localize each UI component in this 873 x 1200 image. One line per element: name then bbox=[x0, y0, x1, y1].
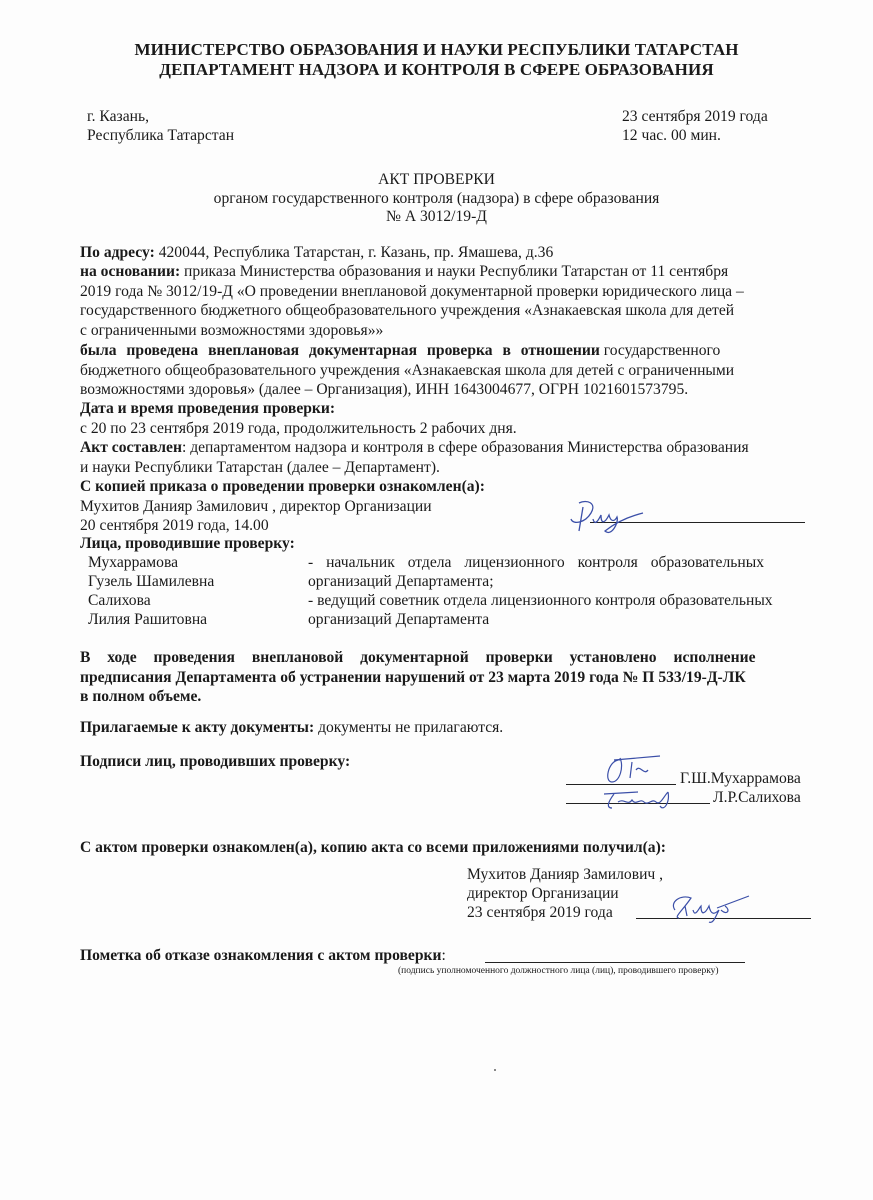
inspectors-block: Лица, проводившие проверку: bbox=[80, 534, 810, 554]
inspector2-signature-icon bbox=[598, 784, 693, 814]
inspector-position: организаций Департамента; bbox=[308, 572, 494, 591]
department-title: ДЕПАРТАМЕНТ НАДЗОРА И КОНТРОЛЯ В СФЕРЕ О… bbox=[0, 60, 873, 80]
inspection-label: была проведена внеплановая документарная… bbox=[80, 342, 600, 359]
copy-date: 20 сентября 2019 года, 14.00 bbox=[80, 516, 810, 536]
ack-person: Мухитов Данияр Замилович , bbox=[467, 865, 663, 884]
basis-line: с ограниченными возможностями здоровья»» bbox=[80, 321, 810, 341]
inspection-line: государственного bbox=[600, 342, 721, 359]
refusal-colon: : bbox=[442, 947, 446, 964]
refusal-signature-line bbox=[485, 962, 745, 963]
inspector-name: Гузель Шамилевна bbox=[88, 572, 214, 591]
refusal-label: Пометка об отказе ознакомления с актом п… bbox=[80, 947, 442, 964]
copy-person: Мухитов Данияр Замилович , директор Орга… bbox=[80, 497, 810, 517]
basis-line: 2019 года № 3012/19-Д «О проведении внеп… bbox=[80, 282, 810, 302]
inspector-position: организаций Департамента bbox=[308, 610, 489, 629]
copy-label: С копией приказа о проведении проверки о… bbox=[80, 477, 810, 497]
ack-position: директор Организации bbox=[467, 884, 619, 903]
document-page: МИНИСТЕРСТВО ОБРАЗОВАНИЯ И НАУКИ РЕСПУБЛ… bbox=[0, 0, 873, 1200]
basis-line: государственного бюджетного общеобразова… bbox=[80, 301, 810, 321]
inspector-surname: Мухаррамова bbox=[88, 553, 178, 572]
act-compiled-block: Акт составлен: департаментом надзора и к… bbox=[80, 438, 810, 477]
director-signature-icon bbox=[665, 888, 755, 928]
date-value: с 20 по 23 сентября 2019 года, продолжит… bbox=[80, 419, 810, 439]
attachments-value: документы не прилагаются. bbox=[314, 719, 503, 736]
inspector-name: Лилия Рашитовна bbox=[88, 610, 207, 629]
address-value: 420044, Республика Татарстан, г. Казань,… bbox=[155, 244, 553, 261]
act-line: и науки Республики Татарстан (далее – Де… bbox=[80, 458, 810, 478]
act-title: АКТ ПРОВЕРКИ bbox=[0, 170, 873, 189]
address-label: По адресу: bbox=[80, 244, 155, 261]
inspector1-signature-icon bbox=[600, 752, 680, 788]
inspector-position: - начальник отдела лицензионного контрол… bbox=[308, 553, 810, 572]
inspector-position: - ведущий советник отдела лицензионного … bbox=[308, 591, 773, 610]
finding-line: В ходе проведения внеплановой документар… bbox=[80, 648, 810, 668]
signer-name: Г.Ш.Мухаррамова bbox=[680, 769, 801, 788]
attachments-block: Прилагаемые к акту документы: документы … bbox=[80, 718, 810, 738]
inspection-block: была проведена внеплановая документарная… bbox=[80, 341, 810, 400]
attachments-label: Прилагаемые к акту документы: bbox=[80, 719, 314, 736]
act-label: Акт составлен bbox=[80, 439, 182, 456]
copy-block: С копией приказа о проведении проверки о… bbox=[80, 477, 810, 536]
scan-speck bbox=[494, 1069, 496, 1071]
finding-line: предписания Департамента об устранении н… bbox=[80, 668, 810, 688]
date-label: Дата и время проведения проверки: bbox=[80, 399, 810, 419]
ack-date: 23 сентября 2019 года bbox=[467, 903, 613, 922]
ministry-title: МИНИСТЕРСТВО ОБРАЗОВАНИЯ И НАУКИ РЕСПУБЛ… bbox=[0, 40, 873, 60]
inspection-line: возможностями здоровья» (далее – Организ… bbox=[80, 380, 810, 400]
inspector-surname: Салихова bbox=[88, 591, 151, 610]
acknowledged-label: С актом проверки ознакомлен(а), копию ак… bbox=[80, 838, 810, 858]
basis-line: приказа Министерства образования и науки… bbox=[180, 263, 728, 280]
finding-line: в полном объеме. bbox=[80, 687, 810, 707]
basis-label: на основании: bbox=[80, 263, 180, 280]
date-block: Дата и время проведения проверки: с 20 п… bbox=[80, 399, 810, 438]
refusal-block: Пометка об отказе ознакомления с актом п… bbox=[80, 946, 446, 965]
inspectors-label: Лица, проводившие проверку: bbox=[80, 534, 810, 554]
signer-name: Л.Р.Салихова bbox=[713, 788, 801, 807]
refusal-caption: (подпись уполномоченного должностного ли… bbox=[398, 966, 719, 976]
finding-block: В ходе проведения внеплановой документар… bbox=[80, 648, 810, 707]
act-time: 12 час. 00 мин. bbox=[622, 126, 721, 145]
address-block: По адресу: 420044, Республика Татарстан,… bbox=[80, 243, 810, 263]
act-line: : департаментом надзора и контроля в сфе… bbox=[182, 439, 749, 456]
basis-block: на основании: приказа Министерства образ… bbox=[80, 262, 810, 340]
inspection-line: бюджетного общеобразовательного учрежден… bbox=[80, 361, 810, 381]
act-date: 23 сентября 2019 года bbox=[622, 107, 768, 126]
act-subtitle: органом государственного контроля (надзо… bbox=[0, 189, 873, 208]
place-city: г. Казань, bbox=[87, 107, 149, 126]
place-region: Республика Татарстан bbox=[87, 126, 234, 145]
acknowledgement-block: С актом проверки ознакомлен(а), копию ак… bbox=[80, 838, 810, 858]
act-number: № А 3012/19-Д bbox=[0, 207, 873, 226]
